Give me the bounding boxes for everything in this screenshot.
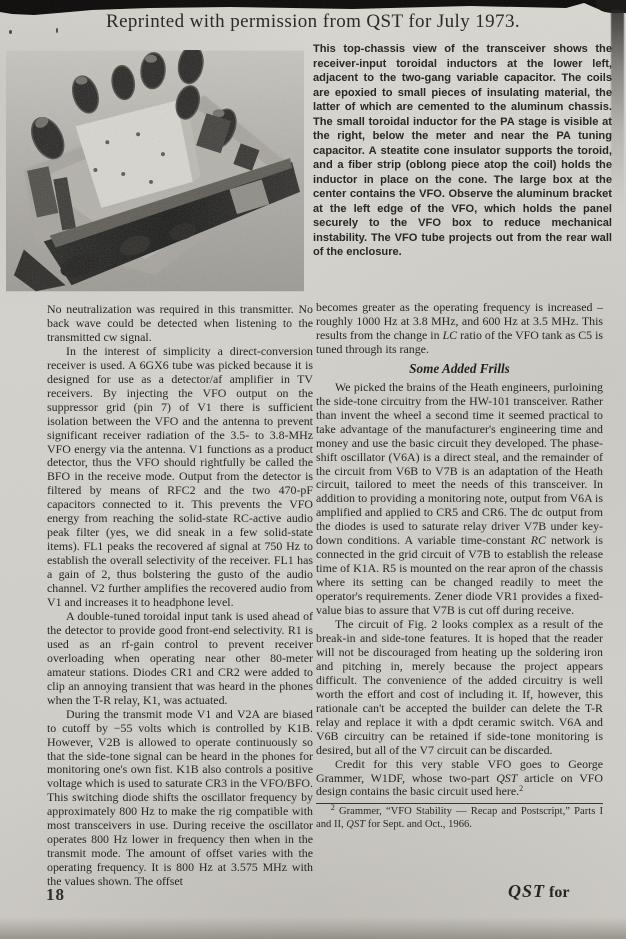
scan-right-smudge [611,10,624,210]
chassis-photo [6,50,304,292]
paragraph: In the interest of simplicity a direct-c… [47,345,313,610]
scan-bottom-edge [0,917,626,939]
photo-caption: This top-chassis view of the transceiver… [313,42,612,260]
paragraph: The circuit of Fig. 2 looks complex as a… [316,618,603,758]
article-column-right: becomes greater as the operating frequen… [316,301,603,832]
paragraph: We picked the brains of the Heath engine… [316,381,603,618]
footer-magazine-label: QST for [508,881,569,902]
paragraph: No neutralization was required in this t… [47,303,313,345]
paragraph: During the transmit mode V1 and V2A are … [47,708,313,889]
article-column-left: No neutralization was required in this t… [47,303,313,889]
footnote: 2 Grammer, “VFO Stability — Recap and Po… [316,806,603,832]
paragraph-credit: Credit for this very stable VFO goes to … [316,758,603,800]
page-number: 18 [46,885,65,905]
section-heading-some-added-frills: Some Added Frills [316,360,603,377]
paragraph: becomes greater as the operating frequen… [316,301,603,357]
footnote-divider [316,803,603,804]
paragraph: A double-tuned toroidal input tank is us… [47,610,313,708]
reprint-notice: Reprinted with permission from QST for J… [0,11,626,33]
